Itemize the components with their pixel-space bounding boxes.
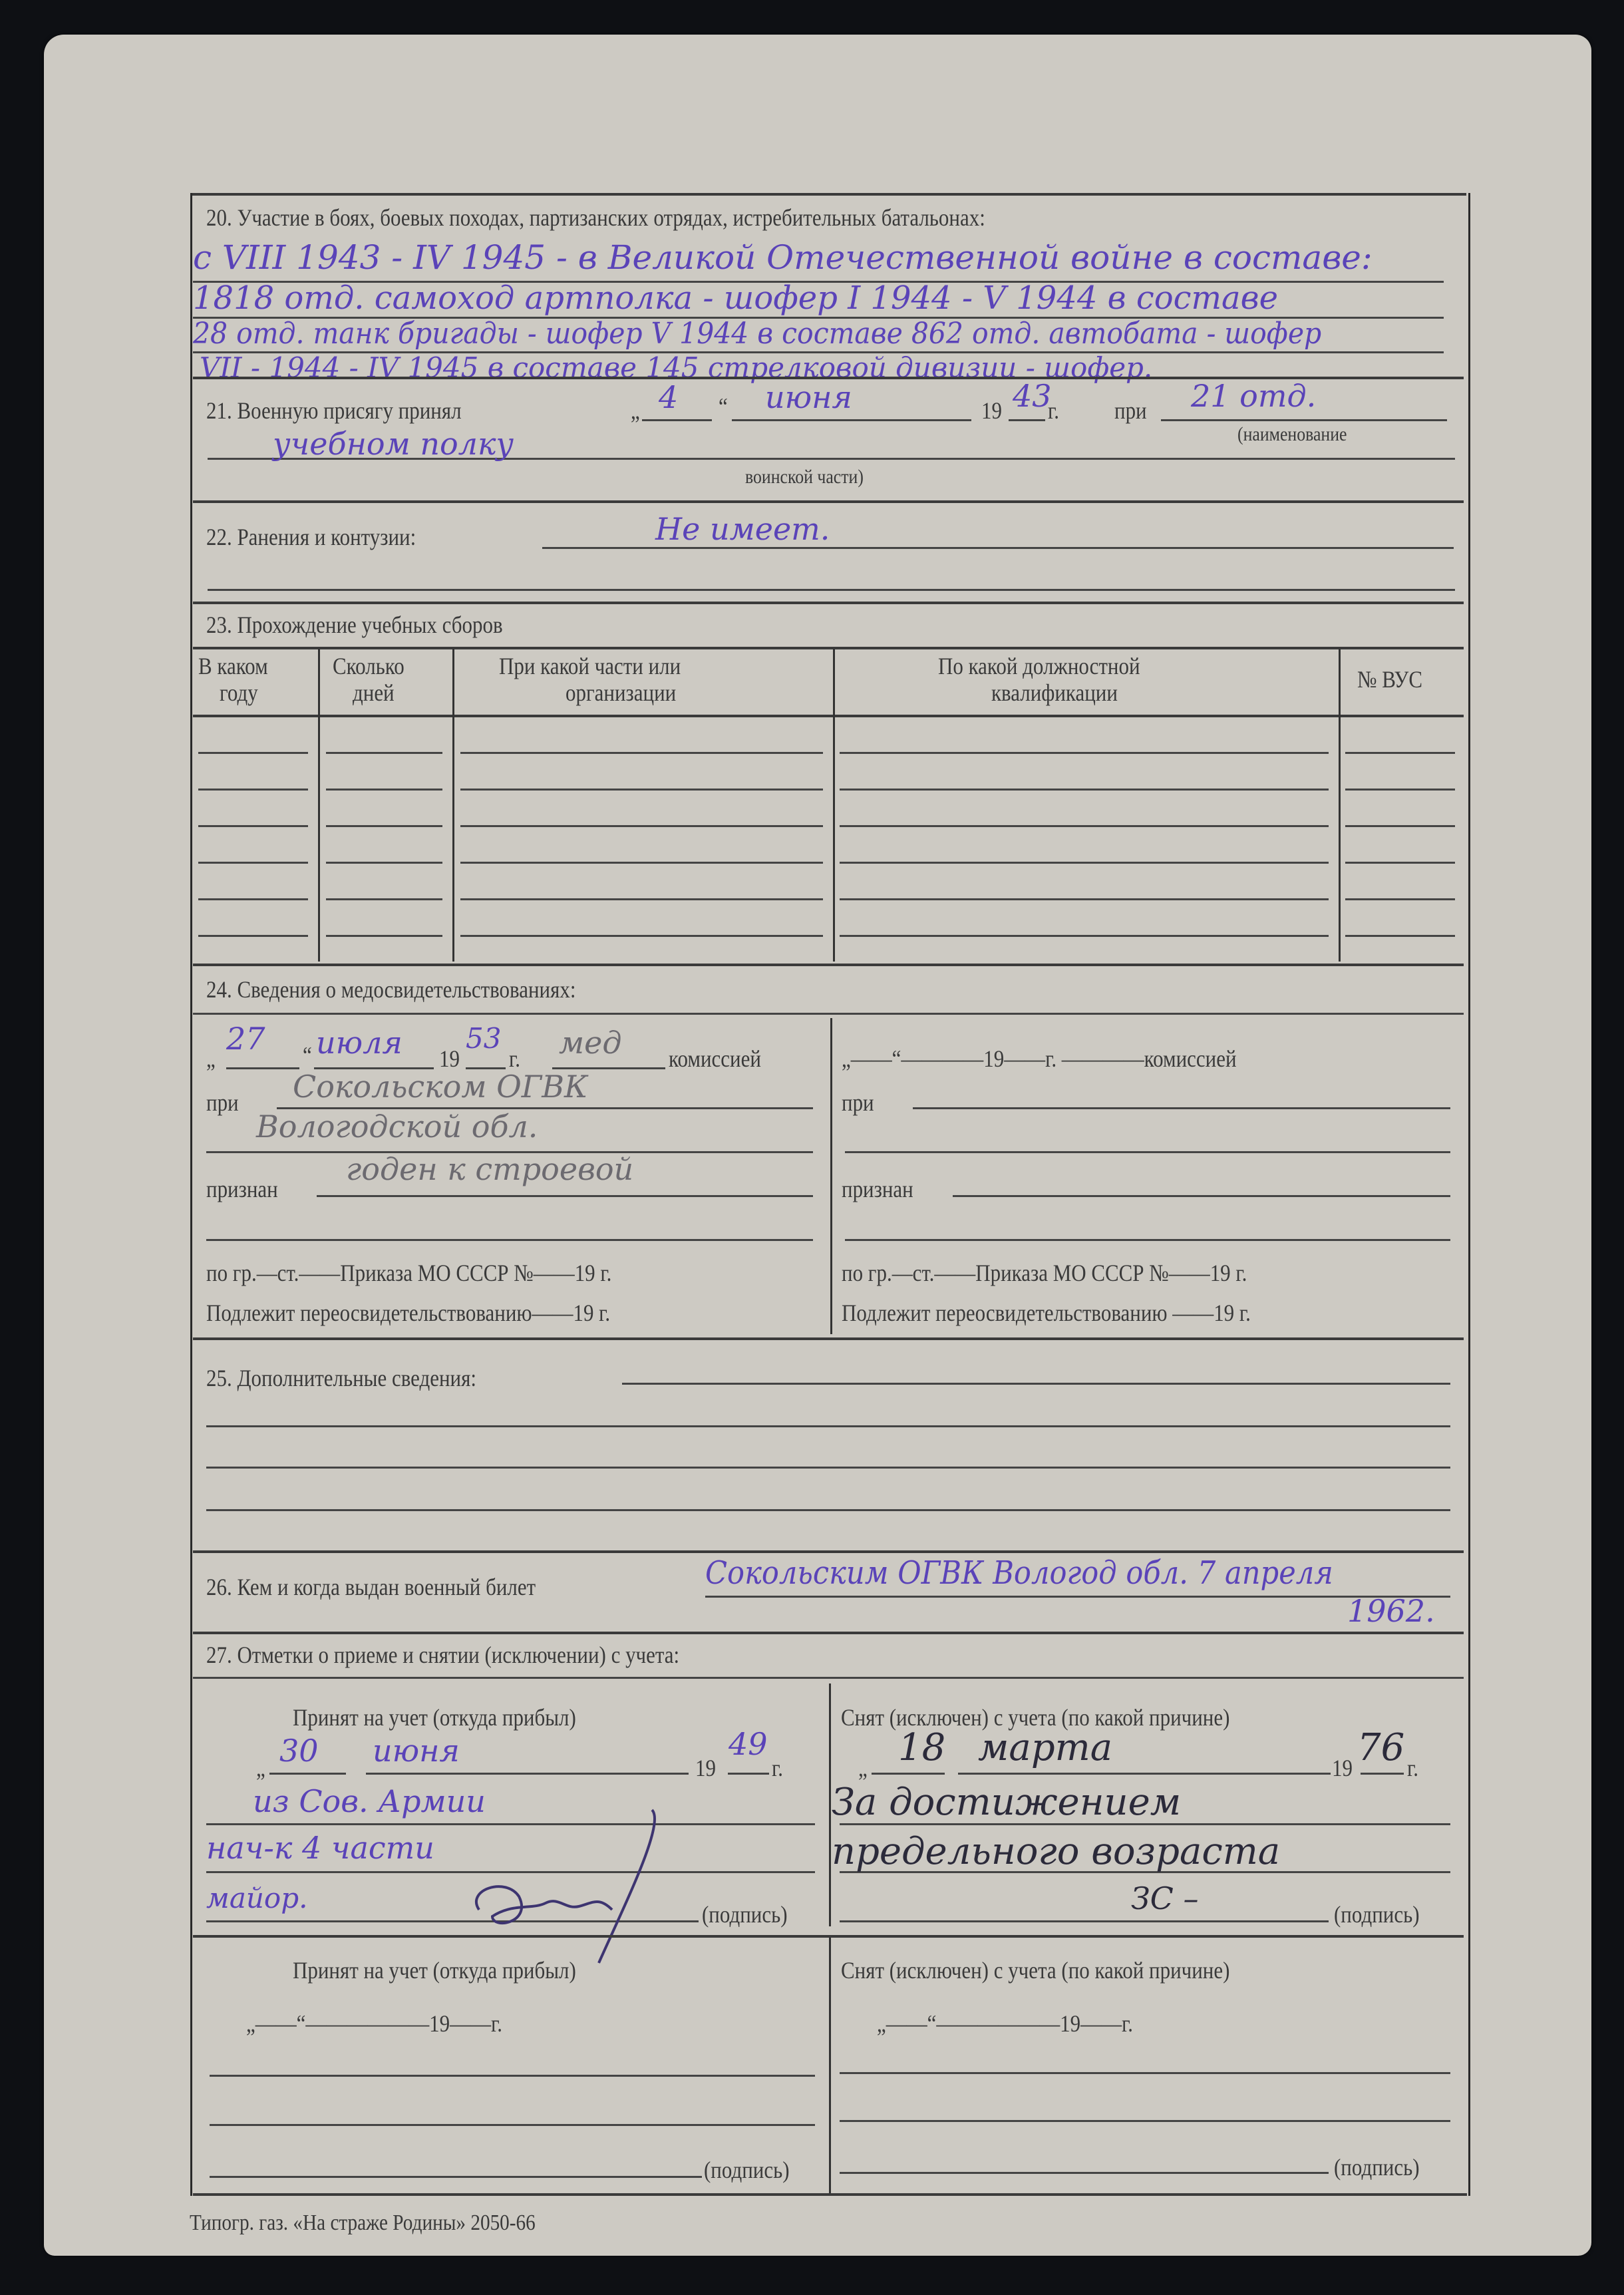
col-unit-header-2: организации <box>566 679 676 707</box>
col-divider <box>318 649 320 962</box>
military-id-year: 1962. <box>1347 1593 1435 1629</box>
oath-day: 4 <box>659 379 678 415</box>
table-row-line <box>840 752 1329 754</box>
table-row-line <box>460 862 823 864</box>
table-row-line <box>460 789 823 791</box>
quote-open: „ <box>858 1754 868 1782</box>
right-reexam-line: Подлежит переосвидетельствованию ——19 г. <box>842 1299 1251 1327</box>
section-divider <box>193 964 1464 966</box>
col-qualification-header: По какой должностной <box>938 652 1140 680</box>
table-row-line <box>1345 752 1455 754</box>
at-label: при <box>206 1089 239 1117</box>
col-unit-header: При какой части или <box>499 652 681 680</box>
line <box>840 2120 1450 2122</box>
table-row-line <box>326 752 442 754</box>
col-divider <box>829 1938 831 2194</box>
at-label: при <box>1114 397 1147 425</box>
accepted-heading-2: Принят на учет (откуда прибыл) <box>293 1956 576 1984</box>
table-row-line <box>198 752 308 754</box>
line <box>953 1195 1450 1197</box>
right-order-line: по гр.—ст.——Приказа МО СССР №——19 г. <box>842 1259 1247 1287</box>
table-top-border <box>193 647 1464 649</box>
signature-line <box>840 1920 1329 1922</box>
oath-month: июня <box>765 379 852 415</box>
section-26-label: 26. Кем и когда выдан военный билет <box>206 1573 536 1601</box>
table-row-line <box>198 935 308 937</box>
removed-month: марта <box>978 1726 1112 1769</box>
unit-line <box>1161 419 1447 421</box>
section-divider <box>193 1632 1464 1634</box>
table-row-line <box>326 825 442 827</box>
accepted-rank: майор. <box>206 1882 307 1914</box>
line <box>193 1013 1464 1015</box>
year-suffix: г. <box>772 1754 783 1782</box>
table-row-line <box>326 898 442 900</box>
signature-line <box>840 2172 1329 2174</box>
month-line <box>958 1773 1331 1775</box>
quote-close: “ <box>303 1041 312 1069</box>
combat-line-1: с VIII 1943 - IV 1945 - в Великой Отечес… <box>193 238 1373 277</box>
caption-military-unit: воинской части) <box>745 466 864 488</box>
signature-line <box>210 2176 702 2178</box>
blank-removed-date: „——“——————19——г. <box>877 2010 1133 2037</box>
col-divider <box>829 1683 831 1926</box>
col-vus-header: № ВУС <box>1357 665 1422 693</box>
col-days-header-2: дней <box>353 679 395 707</box>
section-25-label: 25. Дополнительные сведения: <box>206 1364 476 1392</box>
line <box>206 1509 1450 1511</box>
table-row-line <box>460 898 823 900</box>
signature-caption: (подпись) <box>1334 1900 1420 1928</box>
section-divider <box>193 1337 1464 1340</box>
table-row-line <box>1345 825 1455 827</box>
commission-label: комиссией <box>669 1045 761 1073</box>
wounds-line <box>542 547 1454 549</box>
military-id-issuer: Сокольским ОГВК Вологод обл. 7 апреля <box>705 1554 1333 1592</box>
table-row-line <box>326 862 442 864</box>
month-line <box>366 1773 689 1775</box>
line <box>206 1467 1450 1469</box>
blank-accepted-date: „——“——————19——г. <box>246 2010 502 2037</box>
combat-line-2: 1818 отд. самоход артполка - шофер I 194… <box>193 279 1278 317</box>
line <box>317 1195 813 1197</box>
col-divider <box>452 649 454 962</box>
oath-year: 43 <box>1013 378 1052 414</box>
oath-unit-2: учебном полку <box>273 426 514 462</box>
signature-caption: (подпись) <box>1334 2153 1420 2181</box>
line <box>845 1151 1450 1153</box>
table-row-line <box>460 935 823 937</box>
table-row-line <box>1345 898 1455 900</box>
order-line: по гр.—ст.——Приказа МО СССР №——19 г. <box>206 1259 611 1287</box>
table-row-line <box>198 898 308 900</box>
right-at-label: при <box>842 1089 874 1117</box>
section-20-label: 20. Участие в боях, боевых походах, парт… <box>206 204 985 232</box>
table-row-line <box>840 789 1329 791</box>
accepted-heading: Принят на учет (откуда прибыл) <box>293 1703 576 1731</box>
year-line <box>1361 1773 1404 1775</box>
year-prefix: 19 <box>981 397 1002 425</box>
line <box>845 1239 1450 1241</box>
right-date-line: „——“————19——г. ————комиссией <box>842 1045 1237 1073</box>
section-22-label: 22. Ранения и контузии: <box>206 523 416 551</box>
med-month: июля <box>316 1025 403 1061</box>
removed-heading-2: Снят (исключен) с учета (по какой причин… <box>841 1956 1229 1984</box>
reexam-line: Подлежит переосвидетельствованию——19 г. <box>206 1299 610 1327</box>
med-commission-type: мед <box>559 1025 622 1061</box>
day-line <box>642 419 712 421</box>
table-row-line <box>460 825 823 827</box>
col-divider <box>830 1018 832 1334</box>
med-year: 53 <box>466 1022 501 1055</box>
form-bottom-border <box>193 2193 1467 2196</box>
accepted-month: июня <box>373 1733 460 1769</box>
section-divider <box>193 602 1464 604</box>
med-place: Сокольском ОГВК <box>293 1069 588 1105</box>
removed-signature-mark: ЗС – <box>1131 1880 1198 1916</box>
table-row-line <box>840 862 1329 864</box>
year-prefix: 19 <box>1332 1754 1353 1782</box>
year-suffix: г. <box>1407 1754 1418 1782</box>
accepted-official: нач-к 4 части <box>206 1830 434 1866</box>
med-place-2: Вологодской обл. <box>256 1109 538 1145</box>
col-days-header: Сколько <box>333 652 405 680</box>
med-verdict: годен к строевой <box>346 1151 633 1187</box>
line <box>206 1425 1450 1427</box>
quote-open: „ <box>256 1754 265 1782</box>
section-24-label: 24. Сведения о медосвидетельствованиях: <box>206 975 575 1003</box>
col-year-header-2: году <box>220 679 258 707</box>
year-prefix: 19 <box>695 1754 716 1782</box>
line <box>622 1383 1450 1385</box>
line <box>705 1596 1450 1598</box>
line <box>840 2072 1450 2074</box>
section-divider <box>193 1550 1464 1553</box>
line <box>208 589 1455 591</box>
removed-reason-2: предельного возраста <box>832 1830 1280 1873</box>
table-header-bottom <box>193 715 1464 717</box>
day-line <box>226 1067 299 1069</box>
signature-caption: (подпись) <box>702 1900 788 1928</box>
combat-line-3: 28 отд. танк бригады - шофер V 1944 в со… <box>193 317 1321 351</box>
wounds-value: Не имеет. <box>655 511 830 547</box>
caption-unit-name: (наименование <box>1237 423 1347 446</box>
col-qualification-header-2: квалификации <box>991 679 1118 707</box>
quote-open: „ <box>206 1045 216 1073</box>
line <box>206 1239 813 1241</box>
med-day: 27 <box>226 1021 265 1057</box>
year-line <box>728 1773 769 1775</box>
section-21-label: 21. Военную присягу принял <box>206 397 462 425</box>
table-row-line <box>1345 935 1455 937</box>
recognized-label: признан <box>206 1175 278 1203</box>
table-row-line <box>1345 789 1455 791</box>
section-divider <box>193 500 1464 503</box>
printer-imprint: Типогр. газ. «На страже Родины» 2050-66 <box>190 2210 536 2236</box>
table-row-line <box>460 752 823 754</box>
day-line <box>269 1773 346 1775</box>
line <box>210 2124 815 2126</box>
day-line <box>872 1773 945 1775</box>
month-line <box>732 419 971 421</box>
quote-open: „ <box>631 397 640 425</box>
line <box>913 1107 1450 1109</box>
row-divider <box>193 1935 1464 1938</box>
section-27-label: 27. Отметки о приеме и снятии (исключени… <box>206 1641 679 1669</box>
col-divider <box>1339 649 1341 962</box>
signature-scribble-icon <box>452 1797 679 1970</box>
removed-year: 76 <box>1357 1726 1404 1769</box>
line <box>210 2075 815 2077</box>
year-suffix: г. <box>1048 397 1059 425</box>
right-recognized-label: признан <box>842 1175 913 1203</box>
table-row-line <box>840 825 1329 827</box>
quote-close: “ <box>719 393 728 421</box>
line <box>193 1677 1464 1679</box>
table-row-line <box>198 862 308 864</box>
col-year-header: В каком <box>198 652 268 680</box>
accepted-year: 49 <box>729 1726 768 1762</box>
section-23-label: 23. Прохождение учебных сборов <box>206 611 503 639</box>
signature-caption: (подпись) <box>704 2156 790 2184</box>
table-row-line <box>198 825 308 827</box>
table-row-line <box>326 935 442 937</box>
col-divider <box>833 649 835 962</box>
oath-unit-1: 21 отд. <box>1191 378 1316 414</box>
removed-reason-1: За достижением <box>832 1781 1181 1824</box>
removed-day: 18 <box>898 1726 945 1769</box>
table-row-line <box>840 898 1329 900</box>
table-row-line <box>326 789 442 791</box>
table-row-line <box>198 789 308 791</box>
table-row-line <box>1345 862 1455 864</box>
table-row-line <box>840 935 1329 937</box>
accepted-from: из Сов. Армии <box>253 1783 486 1819</box>
year-line <box>1009 419 1045 421</box>
accepted-day: 30 <box>279 1733 319 1769</box>
